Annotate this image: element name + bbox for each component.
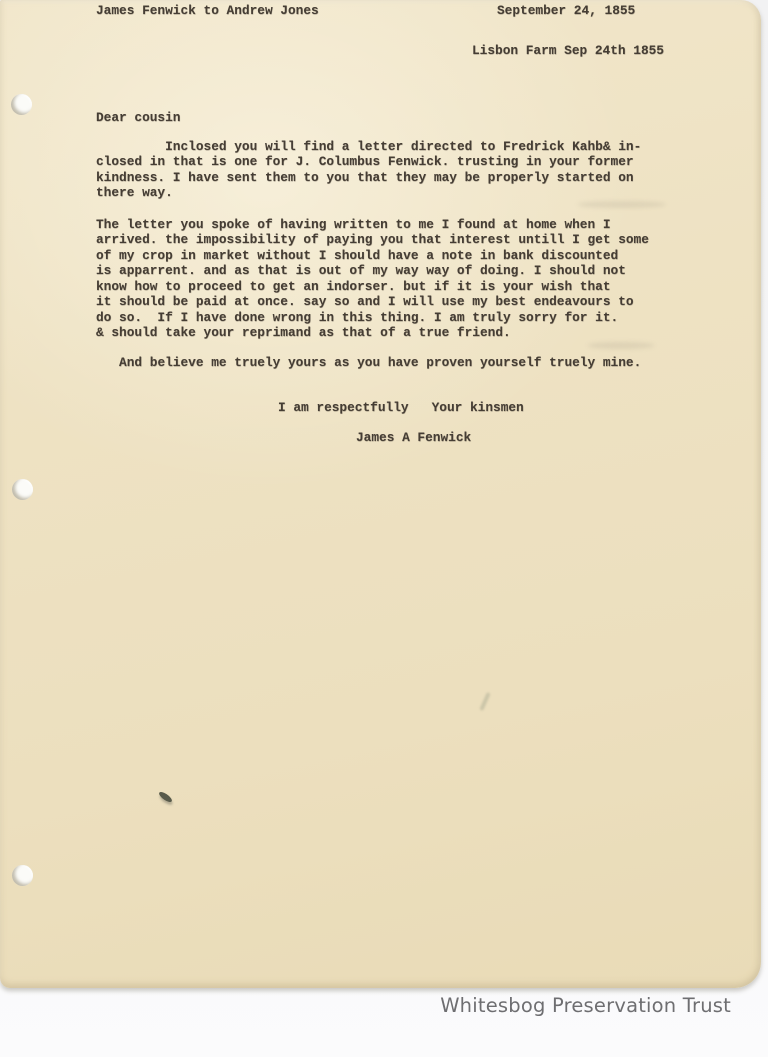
scan-background: James Fenwick to Andrew Jones September …	[0, 0, 768, 1057]
hole-punch-middle	[12, 479, 33, 500]
paper-scratch	[479, 692, 490, 711]
ink-smudge	[588, 342, 654, 349]
hole-punch-top	[11, 94, 32, 115]
letter-page: James Fenwick to Andrew Jones September …	[0, 0, 761, 988]
debris-speck	[158, 790, 174, 803]
salutation: Dear cousin	[96, 110, 180, 125]
paragraph-1: Inclosed you will find a letter directed…	[96, 139, 671, 201]
signature: James A Fenwick	[356, 430, 471, 445]
dateline: Lisbon Farm Sep 24th 1855	[472, 43, 664, 58]
hole-punch-bottom	[12, 865, 33, 886]
header-date: September 24, 1855	[497, 3, 635, 18]
header-sender-recipient: James Fenwick to Andrew Jones	[96, 3, 319, 18]
paragraph-3: And believe me truely yours as you have …	[96, 355, 681, 370]
ink-smudge	[578, 201, 666, 208]
closing-line: I am respectfully Your kinsmen	[278, 400, 524, 415]
archive-credit: Whitesbog Preservation Trust	[440, 994, 731, 1017]
paragraph-2: The letter you spoke of having written t…	[96, 217, 681, 341]
